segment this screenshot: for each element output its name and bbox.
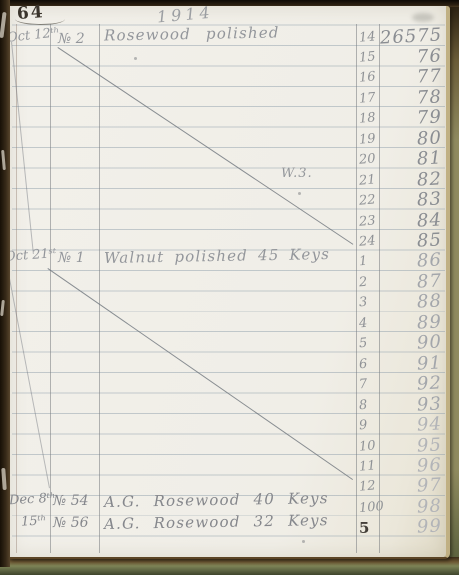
ledger-row: 599 bbox=[356, 518, 443, 538]
serial-cell: 82 bbox=[417, 170, 443, 189]
count-cell: 21 bbox=[358, 173, 376, 187]
ledger-row: 2081 bbox=[356, 150, 443, 170]
ledger-row: 2384 bbox=[356, 212, 443, 232]
entry-description: A.G. Rosewood 32 Keys bbox=[104, 513, 329, 532]
ledger-row: 691 bbox=[356, 355, 443, 375]
serial-cell: 95 bbox=[417, 436, 443, 455]
count-cell: 3 bbox=[358, 296, 367, 310]
ledger-page: 64 1914 Oct 12ᵗʰ № 2 Rosewood polished O… bbox=[9, 6, 450, 559]
entry-description: Walnut polished 45 Keys bbox=[104, 247, 330, 266]
count-cell: 4 bbox=[358, 316, 367, 330]
ledger-row: 10098 bbox=[356, 498, 443, 518]
serial-cell: 26575 bbox=[379, 26, 442, 47]
ledger-row: 792 bbox=[356, 375, 443, 395]
book-binding bbox=[0, 0, 10, 567]
count-cell: 2 bbox=[358, 276, 367, 290]
serial-cell: 81 bbox=[417, 150, 443, 169]
ledger-row: 287 bbox=[356, 273, 443, 293]
count-cell: 100 bbox=[358, 500, 384, 515]
entry-date: Dec 8ᵗʰ bbox=[9, 492, 56, 507]
ledger-row: 2283 bbox=[356, 191, 443, 211]
serial-cell: 93 bbox=[417, 395, 443, 414]
ledger-row: 489 bbox=[356, 314, 443, 334]
pencil-smudge bbox=[412, 13, 434, 22]
count-cell: 5 bbox=[358, 337, 367, 351]
serial-cell: 77 bbox=[417, 68, 443, 87]
ledger-row: 1677 bbox=[356, 68, 443, 88]
serial-cell: 94 bbox=[417, 415, 443, 434]
count-cell: 23 bbox=[358, 214, 376, 228]
binding-highlight bbox=[1, 150, 6, 170]
count-cell: 12 bbox=[358, 480, 376, 494]
count-cell: 5 bbox=[359, 521, 369, 536]
serial-cell: 78 bbox=[417, 88, 443, 107]
serial-cell: 89 bbox=[417, 313, 443, 332]
count-cell: 16 bbox=[358, 71, 376, 85]
serial-cell: 98 bbox=[417, 497, 443, 516]
entry-number: № 56 bbox=[53, 516, 89, 530]
column-divider-number bbox=[99, 24, 100, 553]
ledger-row: 186 bbox=[356, 252, 443, 272]
ledger-row: 1426575 bbox=[356, 28, 443, 48]
ledger-row: 1778 bbox=[356, 89, 443, 109]
count-cell: 18 bbox=[358, 112, 376, 126]
count-cell: 22 bbox=[358, 193, 376, 207]
pencil-mark bbox=[134, 57, 137, 60]
count-cell: 11 bbox=[358, 459, 376, 473]
serial-cell: 79 bbox=[417, 109, 443, 128]
ledger-row: 2182 bbox=[356, 171, 443, 191]
entry-date: 15ᵗʰ bbox=[21, 514, 47, 528]
serial-cell: 99 bbox=[417, 518, 443, 537]
binding-highlight bbox=[0, 12, 7, 38]
count-cell: 20 bbox=[358, 152, 376, 166]
entry-number: № 54 bbox=[53, 494, 89, 508]
ledger-row: 1297 bbox=[356, 477, 443, 497]
serial-cell: 87 bbox=[417, 272, 443, 291]
entry-date: Oct 21ˢᵗ bbox=[5, 247, 57, 264]
serial-cell: 84 bbox=[417, 211, 443, 230]
serial-cell: 83 bbox=[417, 190, 443, 209]
count-cell: 15 bbox=[358, 50, 376, 64]
pencil-mark bbox=[298, 192, 301, 195]
binding-highlight bbox=[1, 468, 7, 490]
ledger-row: 1879 bbox=[356, 109, 443, 129]
photo-frame: 64 1914 Oct 12ᵗʰ № 2 Rosewood polished O… bbox=[0, 0, 459, 575]
binding-highlight bbox=[0, 300, 5, 316]
count-cell: 19 bbox=[358, 132, 376, 146]
serial-cell: 88 bbox=[417, 293, 443, 312]
backdrop-bottom-edge bbox=[0, 557, 459, 575]
serial-cell: 91 bbox=[417, 354, 443, 373]
entry-description: A.G. Rosewood 40 Keys bbox=[104, 491, 329, 510]
count-cell: 7 bbox=[358, 378, 367, 392]
ledger-row: 1980 bbox=[356, 130, 443, 150]
ledger-row: 590 bbox=[356, 334, 443, 354]
entry-description: Rosewood polished bbox=[104, 25, 280, 43]
count-cell: 1 bbox=[358, 255, 367, 269]
ledger-row: 388 bbox=[356, 293, 443, 313]
count-cell: 24 bbox=[358, 234, 376, 248]
ledger-rows: 1426575157616771778187919802081218222832… bbox=[356, 6, 443, 557]
serial-cell: 90 bbox=[417, 334, 443, 353]
count-cell: 14 bbox=[358, 30, 376, 44]
count-cell: 10 bbox=[358, 439, 376, 453]
serial-cell: 85 bbox=[417, 231, 443, 250]
entry-number: № 2 bbox=[58, 32, 85, 46]
ledger-row: 1095 bbox=[356, 437, 443, 457]
serial-cell: 96 bbox=[417, 456, 443, 475]
count-cell: 9 bbox=[358, 419, 367, 433]
count-cell: 8 bbox=[358, 398, 367, 412]
ledger-row: 994 bbox=[356, 416, 443, 436]
pencil-mark bbox=[302, 540, 305, 543]
column-divider-date bbox=[50, 24, 51, 553]
serial-cell: 97 bbox=[417, 477, 443, 496]
serial-cell: 80 bbox=[417, 129, 443, 148]
serial-cell: 76 bbox=[417, 47, 443, 66]
count-cell: 17 bbox=[358, 91, 376, 105]
serial-cell: 86 bbox=[417, 252, 443, 271]
count-cell: 6 bbox=[358, 357, 367, 371]
ledger-row: 893 bbox=[356, 396, 443, 416]
entry-number: № 1 bbox=[58, 251, 85, 265]
serial-cell: 92 bbox=[417, 375, 443, 394]
margin-note: W.3. bbox=[281, 167, 313, 180]
